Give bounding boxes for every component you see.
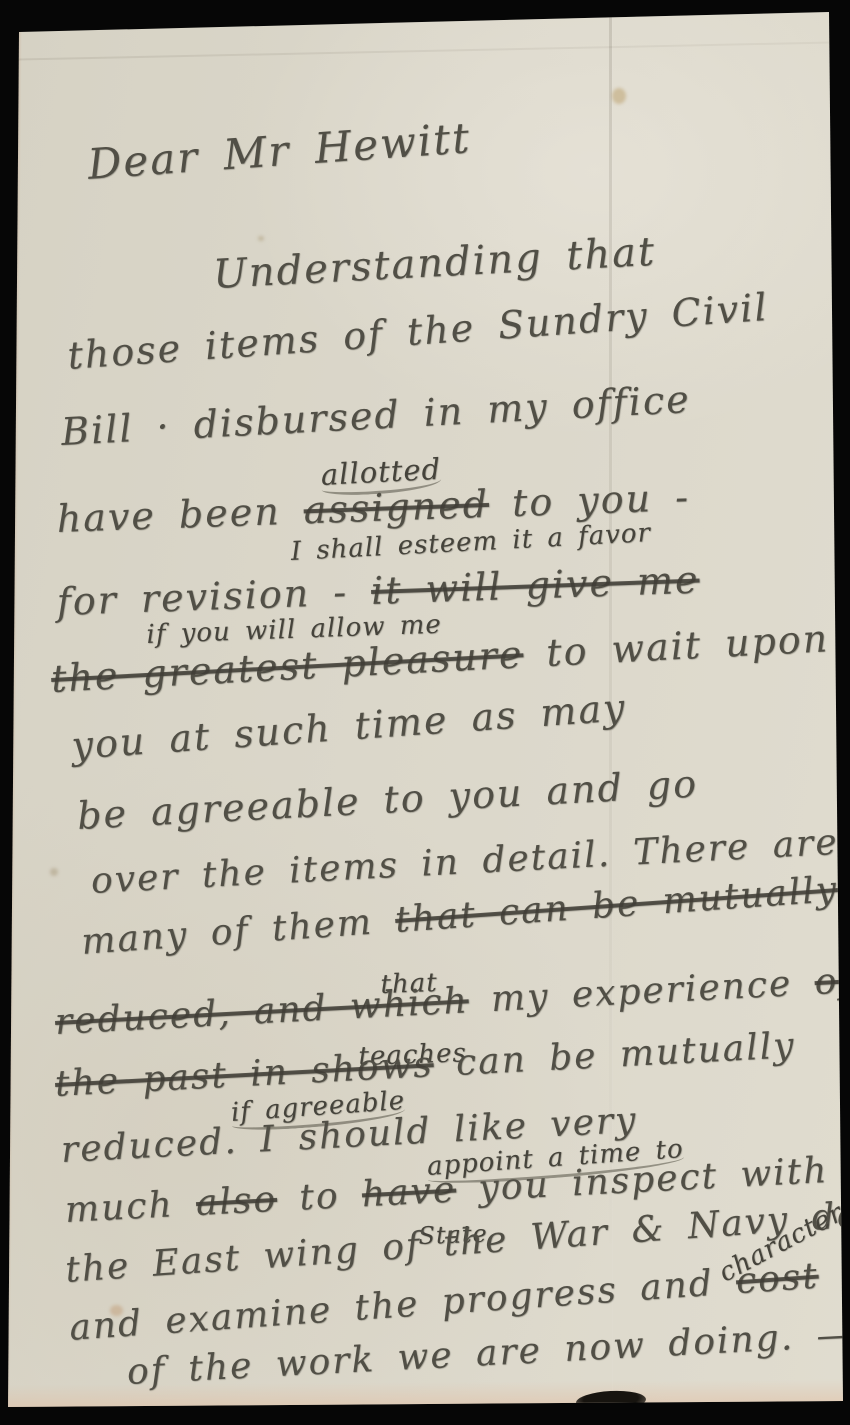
struck-text: reduced, and which — [54, 980, 470, 1043]
paper-edge-highlight-left — [0, 28, 22, 1408]
struck-text: it will give me — [370, 558, 700, 613]
manuscript-line: Understanding that — [212, 229, 657, 298]
struck-text: have — [361, 1170, 457, 1216]
struck-text: assigned — [303, 482, 490, 532]
struck-text: cost — [735, 1256, 820, 1303]
struck-text: of — [814, 960, 850, 1003]
text-run: Dear Mr Hewitt — [86, 113, 473, 189]
stain — [50, 868, 58, 876]
text-run: Understanding that — [212, 229, 657, 298]
manuscript-line: you at such time as may — [70, 685, 628, 768]
salutation-line: Dear Mr Hewitt — [86, 113, 473, 189]
text-run: my experience — [468, 962, 816, 1021]
text-run: have been — [56, 488, 304, 541]
text-run: those items of the Sundry Civil — [66, 285, 770, 378]
stain — [258, 236, 264, 241]
text-run: to — [276, 1174, 363, 1219]
struck-text: also — [195, 1179, 278, 1224]
text-run: much — [64, 1183, 197, 1231]
text-run: many of them — [80, 900, 397, 963]
text-run: to you - — [488, 475, 690, 526]
text-run: Bill · disbursed in my office — [60, 377, 692, 454]
text-run: can be mutually — [433, 1025, 797, 1085]
text-run: you at such time as may — [70, 685, 628, 768]
text-run: be agreeable to you and go — [76, 761, 699, 837]
fold-crease-horizontal — [19, 41, 831, 60]
photo-background: Dear Mr HewittUnderstanding thatthose it… — [0, 0, 850, 1425]
letter-paper: Dear Mr HewittUnderstanding thatthose it… — [0, 0, 850, 1425]
manuscript-line: be agreeable to you and go — [76, 761, 699, 837]
stain — [612, 88, 626, 104]
text-run: to wait upon — [522, 616, 830, 676]
manuscript-line: those items of the Sundry Civil — [66, 285, 770, 378]
manuscript-line: Bill · disbursed in my office — [60, 377, 692, 454]
